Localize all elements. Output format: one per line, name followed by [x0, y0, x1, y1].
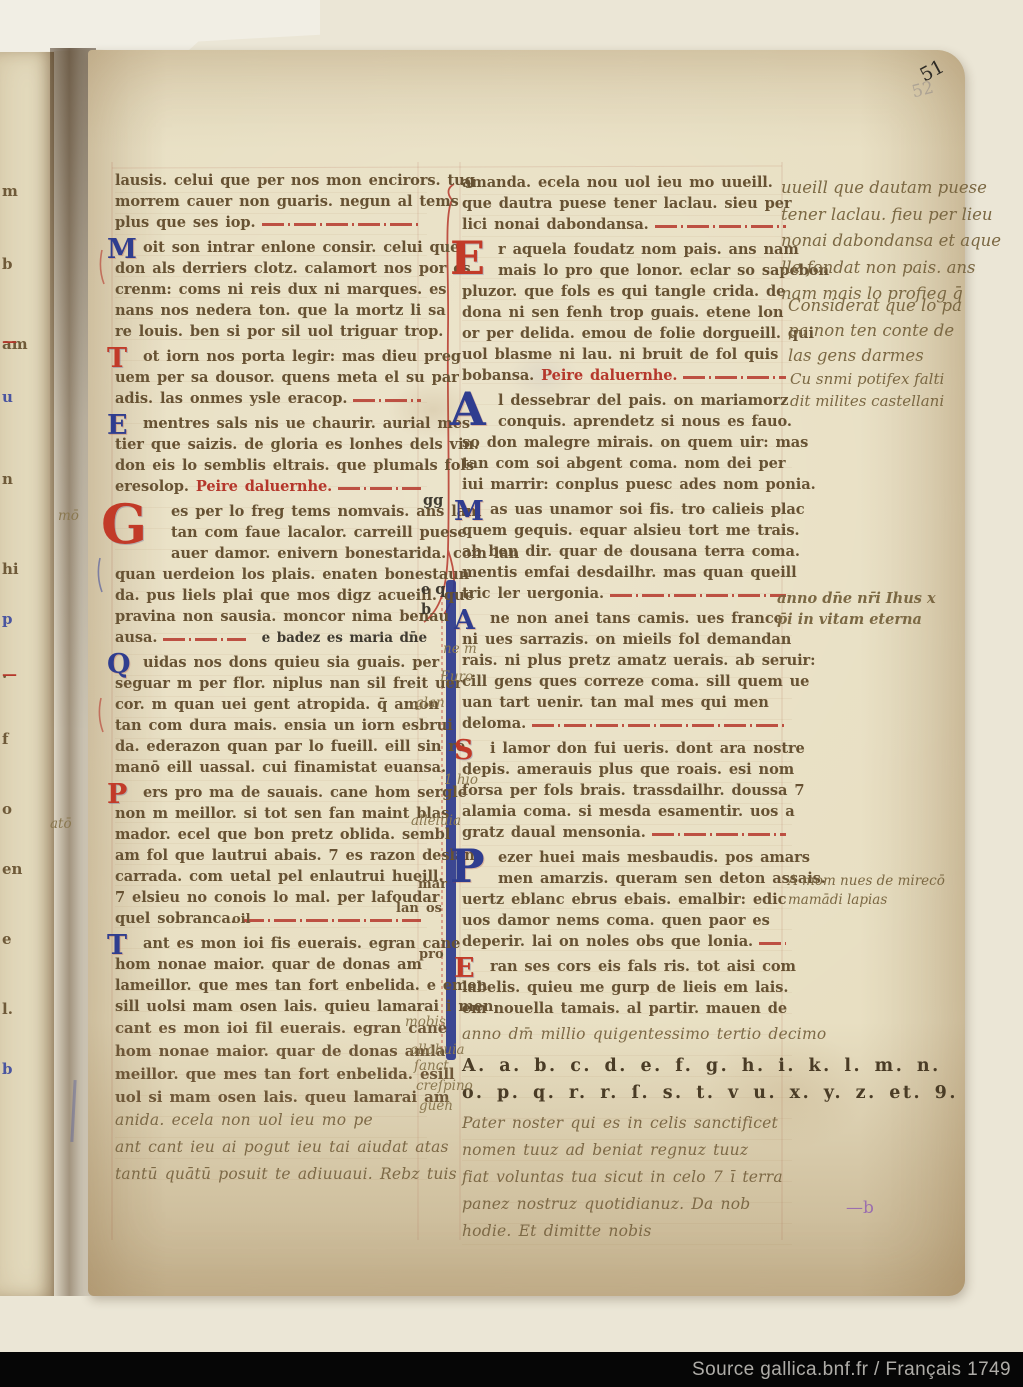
line-text: am fol que lautrui abais. 7 es razon des… — [115, 847, 475, 864]
line-text: manō eill uassal. cui finamistat euansa. — [115, 759, 446, 776]
line-text: mentis emfai desdailhr. mas quan queill — [462, 564, 797, 581]
text-line: hom nonae maior. quar de donas amla — [115, 1042, 427, 1065]
marginal-fragment: mō — [58, 508, 79, 524]
line-text: iui marrir: conplus puesc ades nom ponia… — [462, 476, 816, 493]
margin-note-line: dit milites castellani — [790, 390, 944, 412]
manuscript-paragraph: Eran ses cors eis fals ris. tot aisi com… — [462, 958, 792, 1021]
facing-edge-letter: en — [2, 860, 22, 878]
text-line: bobansa.Peire daluernhe. — [462, 367, 792, 388]
margin-note-line: anno dn̄e nr̄i Ihus x — [777, 588, 936, 609]
text-line: ausa.e badez es maria dn̄e — [115, 629, 427, 650]
illuminated-initial: Q — [107, 651, 131, 678]
text-column-2: amanda. ecela nou uol ieu mo uueill.que … — [462, 174, 792, 1253]
illuminated-initial: T — [107, 345, 127, 372]
line-text: tan com faue lacalor. carreill puese — [171, 524, 467, 541]
marginal-fragment: —b — [846, 1198, 874, 1218]
facing-edge-letter: e — [2, 930, 12, 948]
illuminated-initial: A — [450, 386, 486, 432]
text-line: ezer huei mais mesbaudis. pos amars — [462, 849, 792, 870]
text-line: oit son intrar enlone consir. celui que — [115, 239, 427, 260]
marginal-fragment: glan — [415, 695, 445, 711]
line-text: don als derriers clotz. calamort nos por… — [115, 260, 471, 277]
line-text: depis. amerauis plus que roais. esi nom — [462, 761, 794, 778]
marginal-fragment: ſanct — [414, 1058, 449, 1074]
text-line: quem gequis. equar alsieu tort me trais. — [462, 522, 792, 543]
text-line: tan com dura mais. ensia un iorn esbrui — [115, 717, 427, 738]
line-text: oit son intrar enlone consir. celui que — [143, 239, 459, 256]
text-line: tantū quātū posuit te adiuuaui. Rebz tui… — [115, 1165, 427, 1192]
line-text: lici nonai dabondansa. — [462, 216, 649, 233]
red-line-filler — [242, 919, 421, 922]
text-line: tan com faue lacalor. carreill puese — [115, 524, 427, 545]
text-line: uidas nos dons quieu sia guais. per — [115, 654, 427, 675]
text-line: seguar m per flor. niplus nan sil freit … — [115, 675, 427, 696]
facing-edge-letter: n — [2, 470, 13, 488]
illuminated-initial: T — [107, 932, 127, 959]
margin-note: A mom nues de mirecōmamādi lapias — [788, 872, 945, 910]
marginal-fragment: gueh — [419, 1098, 453, 1114]
facing-edge-letter: p — [2, 610, 13, 628]
text-line: amanda. ecela nou uol ieu mo uueill. — [462, 174, 792, 195]
margin-note: Considerat que lo papa non ten conte del… — [788, 293, 962, 368]
line-text: tantū quātū posuit te adiuuaui. Rebz tui… — [115, 1165, 457, 1183]
marginal-fragment: oil — [232, 912, 251, 927]
margin-note-line: pa non ten conte de — [788, 318, 962, 343]
illuminated-initial: E — [107, 412, 128, 439]
text-line: cant es mon ioi fil euerais. egran cane — [115, 1019, 427, 1042]
line-text: conquis. aprendetz si nous es fauo. — [498, 413, 792, 430]
line-text: quem gequis. equar alsieu tort me trais. — [462, 522, 799, 539]
folio-number-ghost: 52 — [910, 78, 936, 103]
line-text: ran ses cors eis fals ris. tot aisi com — [490, 958, 796, 975]
text-line: l dessebrar del pais. on mariamorz — [462, 392, 792, 413]
line-text: hom nonae maior. quar de donas am — [115, 956, 422, 973]
line-text: tan com soi abgent coma. nom dei per — [462, 455, 785, 472]
marginal-fragment: allahuia — [410, 1042, 465, 1058]
line-text: nomen tuuz ad beniat regnuz tuuz — [462, 1141, 748, 1159]
text-line: uol blasme ni lau. ni bruit de fol quis — [462, 346, 792, 367]
manuscript-paragraph: Ementres sals nis ue chaurir. aurial mes… — [115, 415, 427, 499]
illuminated-initial: S — [454, 737, 474, 764]
line-text: que dautra puese tener laclau. sieu per — [462, 195, 791, 212]
line-text: nans nos nedera ton. que la mortz li sa — [115, 302, 446, 319]
facing-edge-letter: — — [2, 665, 17, 683]
red-line-filler — [683, 376, 786, 379]
line-text: ers pro ma de sauais. cane hom sergle — [143, 784, 467, 801]
manuscript-paragraph: A. a. b. c. d. e. f. g. h. i. k. l. m. n… — [462, 1056, 792, 1110]
manuscript-paragraph: Pers pro ma de sauais. cane hom sergleno… — [115, 784, 427, 931]
line-text: ezer huei mais mesbaudis. pos amars — [498, 849, 810, 866]
text-line: ni ues sarrazis. on mieils fol demandan — [462, 631, 792, 652]
text-line: so don malegre mirais. on quem uir: mas — [462, 434, 792, 455]
text-line: i lamor don fui ueris. dont ara nostre — [462, 740, 792, 761]
rubric-author-name: Peire daluernhe. — [196, 478, 332, 495]
text-line: tier que saizis. de gloria es lonhes del… — [115, 436, 427, 457]
line-text: dona ni sen fenh trop guais. etene lon — [462, 304, 783, 321]
text-line: uertz eblanc ebrus ebais. emalbir: edic — [462, 891, 792, 912]
margin-note: Cu snmi potifex faltidit milites castell… — [790, 368, 944, 412]
line-text: mais lo pro que lonor. eclar so sapebon — [498, 262, 829, 279]
text-line: labelis. quieu me gurp de lieis em lais. — [462, 979, 792, 1000]
line-text: l dessebrar del pais. on mariamorz — [498, 392, 788, 409]
line-text: crenm: coms ni reis dux ni marques. es — [115, 281, 446, 298]
line-text: tan com dura mais. ensia un iorn esbrui — [115, 717, 453, 734]
line-text: men amarzis. queram sen deton assais. — [498, 870, 826, 887]
manuscript-paragraph: Pater noster qui es in celis sanctificet… — [462, 1114, 792, 1249]
line-text: adis. las onmes ysle eracop. — [115, 390, 347, 407]
source-credit: Source gallica.bnf.fr / Français 1749 — [692, 1359, 1011, 1380]
marginal-fragment: e q — [421, 581, 445, 598]
manuscript-scan: mbamu—nhip·foen—el.b 51 52 lausis. — [0, 0, 1023, 1387]
illuminated-initial: A — [454, 607, 475, 634]
line-text: ne non anei tans camis. ues france — [490, 610, 783, 627]
facing-edge-letter: — — [2, 332, 17, 350]
red-line-filler — [353, 399, 421, 402]
line-text: anida. ecela non uol ieu mo pe — [115, 1111, 373, 1129]
marginal-fragment: alleluia — [411, 813, 461, 829]
marginal-fragment: creſpino — [416, 1078, 473, 1094]
text-line: mentis emfai desdailhr. mas quan queill — [462, 564, 792, 585]
marginal-fragment: 1 hio — [444, 772, 478, 788]
red-line-filler — [262, 223, 422, 226]
marginal-fragment: Euro — [440, 669, 473, 685]
text-line: morrem cauer non guaris. negun al tems — [115, 193, 427, 214]
line-text: quel sobranca. — [115, 910, 236, 927]
red-line-filler — [655, 225, 786, 228]
text-line: ers pro ma de sauais. cane hom sergle — [115, 784, 427, 805]
line-text: uertz eblanc ebrus ebais. emalbir: edic — [462, 891, 786, 908]
line-text: sill uolsi mam osen lais. quieu lamarai … — [115, 998, 493, 1015]
line-text: uidas nos dons quieu sia guais. per — [143, 654, 439, 671]
text-line: crenm: coms ni reis dux ni marques. es — [115, 281, 427, 302]
line-text: seguar m per flor. niplus nan sil freit … — [115, 675, 462, 692]
manuscript-paragraph: Pezer huei mais mesbaudis. pos amarsmen … — [462, 849, 792, 954]
text-line: mentres sals nis ue chaurir. aurial mes — [115, 415, 427, 436]
line-text: tier que saizis. de gloria es lonhes del… — [115, 436, 479, 453]
margin-note-line: Cu snmi potifex falti — [790, 368, 944, 390]
text-line: meillor. que mes tan fort enbelida. esil… — [115, 1065, 427, 1088]
facing-page-edge: mbamu—nhip·foen—el.b — [0, 52, 54, 1296]
text-line: non m meillor. si tot sen fan maint blas — [115, 805, 427, 826]
line-text: or per delida. emou de folie dorgueill. … — [462, 325, 814, 342]
facing-edge-letter: f — [2, 730, 8, 748]
text-line: em nouella tamais. al partir. mauen de — [462, 1000, 792, 1021]
line-text: fiat voluntas tua sicut in celo 7 ī terr… — [462, 1168, 783, 1186]
text-line: mais lo pro que lonor. eclar so sapebon — [462, 262, 792, 283]
text-line: uan tart uenir. tan mal mes qui men — [462, 694, 792, 715]
line-text: meillor. que mes tan fort enbelida. esil… — [115, 1065, 455, 1083]
line-text: deloma. — [462, 715, 526, 732]
text-line: A. a. b. c. d. e. f. g. h. i. k. l. m. n… — [462, 1056, 792, 1083]
manuscript-paragraph: anno dm̄ millio quigentessimo tertio dec… — [462, 1025, 792, 1052]
facing-edge-letter: b — [2, 255, 13, 273]
later-hand-addition: e badez es maria dn̄e — [262, 630, 427, 646]
line-text: plus que ses iop. — [115, 214, 256, 231]
line-text: non m meillor. si tot sen fan maint blas — [115, 805, 449, 822]
margin-note-line: Considerat que lo pa — [788, 293, 962, 318]
text-line: alamia coma. si mesda esamentir. uos a — [462, 803, 792, 824]
illuminated-initial: M — [107, 236, 137, 263]
endpaper-edge — [0, 0, 320, 56]
manuscript-paragraph: Moit son intrar enlone consir. celui que… — [115, 239, 427, 344]
text-line: dona ni sen fenh trop guais. etene lon — [462, 304, 792, 325]
text-column-1: lausis. celui que per nos mon encirors. … — [115, 172, 427, 1196]
text-line: lameillor. que mes tan fort enbelida. e … — [115, 977, 427, 998]
manuscript-paragraph: Quidas nos dons quieu sia guais. persegu… — [115, 654, 427, 780]
line-text: uol blasme ni lau. ni bruit de fol quis — [462, 346, 778, 363]
red-line-filler — [652, 833, 786, 836]
text-line: quan uerdeion los plais. enaten bonestau… — [115, 566, 427, 587]
line-text: hom nonae maior. quar de donas amla — [115, 1042, 445, 1060]
margin-note-line: mamādi lapias — [788, 891, 945, 910]
text-line: quel sobranca. — [115, 910, 427, 931]
line-text: labelis. quieu me gurp de lieis em lais. — [462, 979, 788, 996]
text-line: pluzor. que fols es qui tangle crida. de — [462, 283, 792, 304]
text-line: r aquela foudatz nom pais. ans nam — [462, 241, 792, 262]
text-line: ne non anei tans camis. ues france — [462, 610, 792, 631]
line-text: uol si mam osen lais. queu lamarai am — [115, 1088, 450, 1106]
line-text: carrada. com uetal pel enlautrui hueill. — [115, 868, 443, 885]
text-line: ot iorn nos porta legir: mas dieu preg — [115, 348, 427, 369]
text-line: 7 elsieu no conois lo mal. per lafoudar — [115, 889, 427, 910]
text-line: deperir. lai on noles obs que lonia. — [462, 933, 792, 954]
margin-note-line: nonai dabondansa et aque — [781, 228, 1001, 255]
line-text: mentres sals nis ue chaurir. aurial mes — [143, 415, 470, 432]
manuscript-paragraph: Er aquela foudatz nom pais. ans nammais … — [462, 241, 792, 388]
facing-edge-letter: b — [2, 1060, 13, 1078]
text-line: es per lo freg tems nomvais. ans lam — [115, 503, 427, 524]
red-line-filler — [532, 724, 786, 727]
facing-edge-letter: u — [2, 388, 13, 406]
text-line: ant cant ieu ai pogut ieu tai aiudat ata… — [115, 1138, 427, 1165]
line-text: o. p. q. r. r. ſ. s. t. v u. x. y. z. et… — [462, 1083, 958, 1103]
margin-note-line: tener laclau. fieu per lieu — [781, 202, 1001, 229]
line-text: rais. ni plus pretz amatz uerais. ab ser… — [462, 652, 815, 669]
line-text: alamia coma. si mesda esamentir. uos a — [462, 803, 795, 820]
line-text: don eis lo semblis eltrais. que plumals … — [115, 457, 474, 474]
line-text: r aquela foudatz nom pais. ans nam — [498, 241, 799, 258]
blue-ink-streak — [70, 1080, 76, 1142]
line-text: morrem cauer non guaris. negun al tems — [115, 193, 459, 210]
red-line-filler — [759, 942, 786, 945]
text-line: sill uolsi mam osen lais. quieu lamarai … — [115, 998, 427, 1019]
text-line: pravina non sausia. moncor nima benau — [115, 608, 427, 629]
manuscript-paragraph: Al dessebrar del pais. on mariamorzconqu… — [462, 392, 792, 497]
line-text: pluzor. que fols es qui tangle crida. de — [462, 283, 785, 300]
line-text: lausis. celui que per nos mon encirors. … — [115, 172, 475, 189]
manuscript-paragraph: Si lamor don fui ueris. dont ara nostred… — [462, 740, 792, 845]
line-text: em nouella tamais. al partir. mauen de — [462, 1000, 787, 1017]
illuminated-initial: P — [107, 781, 127, 808]
text-line: deloma. — [462, 715, 792, 736]
marginal-fragment: os — [426, 901, 442, 916]
text-line: uos damor nems coma. quen paor es — [462, 912, 792, 933]
margin-note-line: uueill que dautam puese — [781, 175, 1001, 202]
manuscript-paragraph: Ane non anei tans camis. ues franceni ue… — [462, 610, 792, 736]
text-line: lausis. celui que per nos mon encirors. … — [115, 172, 427, 193]
text-line: hodie. Et dimitte nobis — [462, 1222, 792, 1249]
line-text: da. pus liels plai que mos digz acueill.… — [115, 587, 474, 604]
line-text: Pater noster qui es in celis sanctificet — [462, 1114, 778, 1132]
text-line: o. p. q. r. r. ſ. s. t. v u. x. y. z. et… — [462, 1083, 792, 1110]
illuminated-initial: M — [454, 498, 484, 525]
text-line: lici nonai dabondansa. — [462, 216, 792, 237]
text-line: tric ler uergonia. — [462, 585, 792, 606]
marginal-fragment: pro — [419, 947, 444, 962]
line-text: amanda. ecela nou uol ieu mo uueill. — [462, 174, 773, 191]
text-line: manō eill uassal. cui finamistat euansa. — [115, 759, 427, 780]
line-text: uem per sa dousor. quens meta el su par — [115, 369, 459, 386]
marginal-fragment: ne m — [443, 641, 477, 657]
text-line: adis. las onmes ysle eracop. — [115, 390, 427, 411]
line-text: tric ler uergonia. — [462, 585, 604, 602]
line-text: mador. ecel que bon pretz oblida. sembl — [115, 826, 450, 843]
text-line: panez nostruz quotidianuz. Da nob — [462, 1195, 792, 1222]
marginal-fragment: atō — [50, 816, 72, 832]
text-line: anida. ecela non uol ieu mo pe — [115, 1111, 427, 1138]
red-line-filler — [163, 638, 245, 641]
line-text: anno dm̄ millio quigentessimo tertio dec… — [462, 1025, 826, 1043]
text-line: gratz daual mensonia. — [462, 824, 792, 845]
manuscript-page: 51 52 lausis. celui que per nos mon enci… — [88, 50, 965, 1296]
line-text: ant es mon ioi fis euerais. egran cane — [143, 935, 460, 952]
text-line: don als derriers clotz. calamort nos por… — [115, 260, 427, 281]
text-line: conquis. aprendetz si nous es fauo. — [462, 413, 792, 434]
line-text: re louis. ben si por sil uol triguar tro… — [115, 323, 443, 340]
marginal-fragment: mar — [418, 877, 447, 892]
line-text: ot iorn nos porta legir: mas dieu preg — [143, 348, 461, 365]
margin-note-line: A mom nues de mirecō — [788, 872, 945, 891]
text-line: nans nos nedera ton. que la mortz li sa — [115, 302, 427, 323]
red-line-filler — [610, 594, 786, 597]
manuscript-paragraph: Mas uas unamor soi fis. tro calieis plac… — [462, 501, 792, 606]
text-line: Pater noster qui es in celis sanctificet — [462, 1114, 792, 1141]
manuscript-paragraph: Tant es mon ioi fis euerais. egran caneh… — [115, 935, 427, 1192]
line-text: quan uerdeion los plais. enaten bonestau… — [115, 566, 469, 583]
text-line: da. ederazon quan par lo fueill. eill si… — [115, 738, 427, 759]
illuminated-initial: E — [454, 955, 475, 982]
text-line: depis. amerauis plus que roais. esi nom — [462, 761, 792, 782]
line-text: ausa. — [115, 629, 157, 646]
text-line: eresolop.Peire daluernhe. — [115, 478, 427, 499]
line-text: ant cant ieu ai pogut ieu tai aiudat ata… — [115, 1138, 449, 1156]
facing-edge-letter: m — [2, 182, 18, 200]
line-text: A. a. b. c. d. e. f. g. h. i. k. l. m. n… — [462, 1056, 941, 1076]
text-line: rais. ni plus pretz amatz uerais. ab ser… — [462, 652, 792, 673]
line-text: ni ues sarrazis. on mieils fol demandan — [462, 631, 791, 648]
manuscript-paragraph: Tot iorn nos porta legir: mas dieu pregu… — [115, 348, 427, 411]
text-line: que dautra puese tener laclau. sieu per — [462, 195, 792, 216]
text-line: uem per sa dousor. quens meta el su par — [115, 369, 427, 390]
text-line: am fol que lautrui abais. 7 es razon des… — [115, 847, 427, 868]
text-line: don eis lo semblis eltrais. que plumals … — [115, 457, 427, 478]
text-line: nomen tuuz ad beniat regnuz tuuz — [462, 1141, 792, 1168]
text-line: ab ben dir. quar de dousana terra coma. — [462, 543, 792, 564]
text-line: or per delida. emou de folie dorgueill. … — [462, 325, 792, 346]
text-line: iui marrir: conplus puesc ades nom ponia… — [462, 476, 792, 497]
line-text: hodie. Et dimitte nobis — [462, 1222, 652, 1240]
text-line: anno dm̄ millio quigentessimo tertio dec… — [462, 1025, 792, 1052]
illuminated-initial: E — [450, 235, 485, 281]
line-text: uan tart uenir. tan mal mes qui men — [462, 694, 769, 711]
line-text: gratz daual mensonia. — [462, 824, 646, 841]
illuminated-initial: G — [101, 497, 147, 551]
line-text: ab ben dir. quar de dousana terra coma. — [462, 543, 800, 560]
line-text: as uas unamor soi fis. tro calieis plac — [490, 501, 805, 518]
text-line: re louis. ben si por sil uol triguar tro… — [115, 323, 427, 344]
text-line: ran ses cors eis fals ris. tot aisi com — [462, 958, 792, 979]
line-text: uos damor nems coma. quen paor es — [462, 912, 770, 929]
marginal-fragment: mobis — [405, 1014, 446, 1030]
margin-note-line: las gens darmes — [788, 343, 962, 368]
footer-bar: Source gallica.bnf.fr / Français 1749 — [0, 1352, 1023, 1387]
line-text: i lamor don fui ueris. dont ara nostre — [490, 740, 805, 757]
text-line: cor. m quan uei gent atropida. q̄ amon — [115, 696, 427, 717]
line-text: cill gens ques correze coma. sill quem u… — [462, 673, 809, 690]
text-line: mador. ecel que bon pretz oblida. sembl — [115, 826, 427, 847]
text-line: men amarzis. queram sen deton assais. — [462, 870, 792, 891]
manuscript-paragraph: amanda. ecela nou uol ieu mo uueill.que … — [462, 174, 792, 237]
facing-edge-letter: o — [2, 800, 12, 818]
text-line: plus que ses iop. — [115, 214, 427, 235]
text-line: ant es mon ioi fis euerais. egran cane — [115, 935, 427, 956]
facing-edge-letter: l. — [2, 1000, 13, 1018]
text-line: auer damor. enivern bonestarida. com lan — [115, 545, 427, 566]
margin-note-line: lle fondat non pais. ans — [781, 255, 1001, 282]
marginal-fragment: b — [421, 601, 431, 618]
text-line: as uas unamor soi fis. tro calieis plac — [462, 501, 792, 522]
illuminated-initial: P — [450, 843, 485, 889]
line-text: 7 elsieu no conois lo mal. per lafoudar — [115, 889, 439, 906]
line-text: panez nostruz quotidianuz. Da nob — [462, 1195, 750, 1213]
line-text: cor. m quan uei gent atropida. q̄ amon — [115, 696, 439, 713]
margin-note: anno dn̄e nr̄i Ihus xp̄i in vitam eterna — [777, 588, 936, 630]
red-line-filler — [338, 487, 421, 490]
manuscript-paragraph: lausis. celui que per nos mon encirors. … — [115, 172, 427, 235]
marginal-fragment: gg — [423, 492, 443, 509]
text-line: fiat voluntas tua sicut in celo 7 ī terr… — [462, 1168, 792, 1195]
line-text: da. ederazon quan par lo fueill. eill si… — [115, 738, 465, 755]
text-line: uol si mam osen lais. queu lamarai am — [115, 1088, 427, 1111]
text-line: da. pus liels plai que mos digz acueill.… — [115, 587, 427, 608]
facing-edge-letter: hi — [2, 560, 19, 578]
margin-note-line: p̄i in vitam eterna — [777, 609, 936, 630]
marginal-fragment: lan — [396, 901, 419, 916]
line-text: so don malegre mirais. on quem uir: mas — [462, 434, 808, 451]
text-line: cill gens ques correze coma. sill quem u… — [462, 673, 792, 694]
text-line: forsa per fols brais. trassdailhr. douss… — [462, 782, 792, 803]
line-text: forsa per fols brais. trassdailhr. douss… — [462, 782, 804, 799]
line-text: deperir. lai on noles obs que lonia. — [462, 933, 753, 950]
text-line: carrada. com uetal pel enlautrui hueill. — [115, 868, 427, 889]
manuscript-paragraph: Ges per lo freg tems nomvais. ans lamtan… — [115, 503, 427, 650]
rubric-author-name: Peire daluernhe. — [541, 367, 677, 384]
text-line: hom nonae maior. quar de donas am — [115, 956, 427, 977]
margin-note: uueill que dautam puesetener laclau. fie… — [781, 175, 1001, 308]
line-text: lameillor. que mes tan fort enbelida. e … — [115, 977, 487, 994]
text-line: tan com soi abgent coma. nom dei per — [462, 455, 792, 476]
line-text: pravina non sausia. moncor nima benau — [115, 608, 449, 625]
line-text: cant es mon ioi fil euerais. egran cane — [115, 1019, 447, 1037]
